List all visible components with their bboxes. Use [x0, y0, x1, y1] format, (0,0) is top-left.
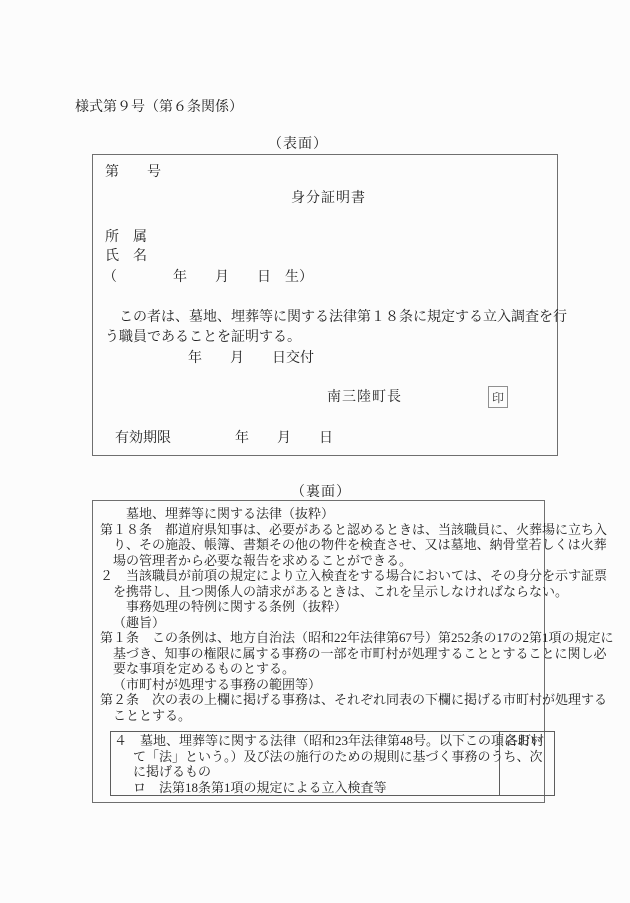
- back-text-line: ２ 当該職員が前項の規定により立入検査をする場合においては、その身分を示す証票: [100, 568, 540, 584]
- certificate-front-box: 第 号 身分証明書 所 属 氏 名 （ 年 月 日 生） この者は、墓地、埋葬等…: [92, 154, 558, 456]
- validity-label: 有効期限: [115, 431, 171, 447]
- form-number-label: 様式第９号（第６条関係）: [75, 96, 243, 116]
- name-label: 氏 名: [105, 249, 147, 265]
- law-excerpt-text: 墓地、埋葬等に関する法律（抜粋） 第１８条 都道府県知事は、必要があると認めると…: [100, 506, 540, 723]
- statement-line-1: この者は、墓地、埋葬等に関する法律第１８条に規定する立入調査を行: [105, 310, 567, 326]
- back-text-line: 要な事項を定めるものとする。: [113, 661, 540, 677]
- back-text-line: こととする。: [113, 708, 540, 724]
- back-text-line: 基づき、知事の権限に属する事務の一部を市町村が処理することとすることに関し必: [113, 646, 540, 662]
- seal-mark: 印: [492, 389, 504, 406]
- back-text-line: り、その施設、帳簿、書類その他の物件を検査させ、又は墓地、納骨堂若しくは火葬: [113, 537, 540, 553]
- task-text-line: ４ 墓地、埋葬等に関する法律（昭和23年法律第48号。以下この項におい: [114, 733, 496, 749]
- back-text-line: 第１８条 都道府県知事は、必要があると認めるときは、当該職員に、火葬場に立ち入: [100, 522, 540, 538]
- issuer-name: 南三陸町長: [327, 390, 402, 406]
- certificate-number-line: 第 号: [105, 165, 161, 181]
- document-page: 様式第９号（第６条関係） （表面） 第 号 身分証明書 所 属 氏 名 （ 年 …: [0, 0, 630, 903]
- task-text-line: に掲げるもの: [133, 764, 496, 780]
- back-text-line: 墓地、埋葬等に関する法律（抜粋）: [126, 506, 540, 522]
- table-row: ４ 墓地、埋葬等に関する法律（昭和23年法律第48号。以下この項におい て「法」…: [111, 732, 555, 796]
- certificate-back-box: 墓地、埋葬等に関する法律（抜粋） 第１８条 都道府県知事は、必要があると認めると…: [92, 500, 545, 803]
- task-description-cell: ４ 墓地、埋葬等に関する法律（昭和23年法律第48号。以下この項におい て「法」…: [111, 732, 500, 796]
- validity-date-line: 年 月 日: [235, 431, 333, 447]
- back-text-line: 第２条 次の表の上欄に掲げる事務は、それぞれ同表の下欄に掲げる市町村が処理する: [100, 692, 540, 708]
- back-text-line: 第１条 この条例は、地方自治法（昭和22年法律第67号）第252条の17の2第1…: [100, 630, 540, 646]
- statement-line-2: う職員であることを証明する。: [105, 330, 301, 346]
- birth-date-line: （ 年 月 日 生）: [103, 270, 313, 286]
- affiliation-label: 所 属: [105, 230, 147, 246]
- back-side-label: （裏面）: [291, 481, 351, 501]
- back-text-line: 場の管理者から必要な報告を求めることができる。: [113, 553, 540, 569]
- back-text-line: （趣旨）: [113, 615, 540, 631]
- seal-placeholder-box: 印: [488, 386, 508, 408]
- issue-date-line: 年 月 日交付: [188, 351, 314, 367]
- certificate-title: 身分証明書: [291, 191, 366, 207]
- back-text-line: （市町村が処理する事務の範囲等）: [113, 677, 540, 693]
- task-text-line: て「法」という。）及び法の施行のための規則に基づく事務のうち、次: [133, 749, 496, 765]
- task-text-line: ロ 法第18条第1項の規定による立入検査等: [133, 780, 496, 796]
- delegated-tasks-table: ４ 墓地、埋葬等に関する法律（昭和23年法律第48号。以下この項におい て「法」…: [110, 731, 555, 796]
- back-text-line: 事務処理の特例に関する条例（抜粋）: [126, 599, 540, 615]
- back-text-line: を携帯し、且つ関係人の請求があるときは、これを呈示しなければならない。: [113, 584, 540, 600]
- front-side-label: （表面）: [268, 133, 328, 153]
